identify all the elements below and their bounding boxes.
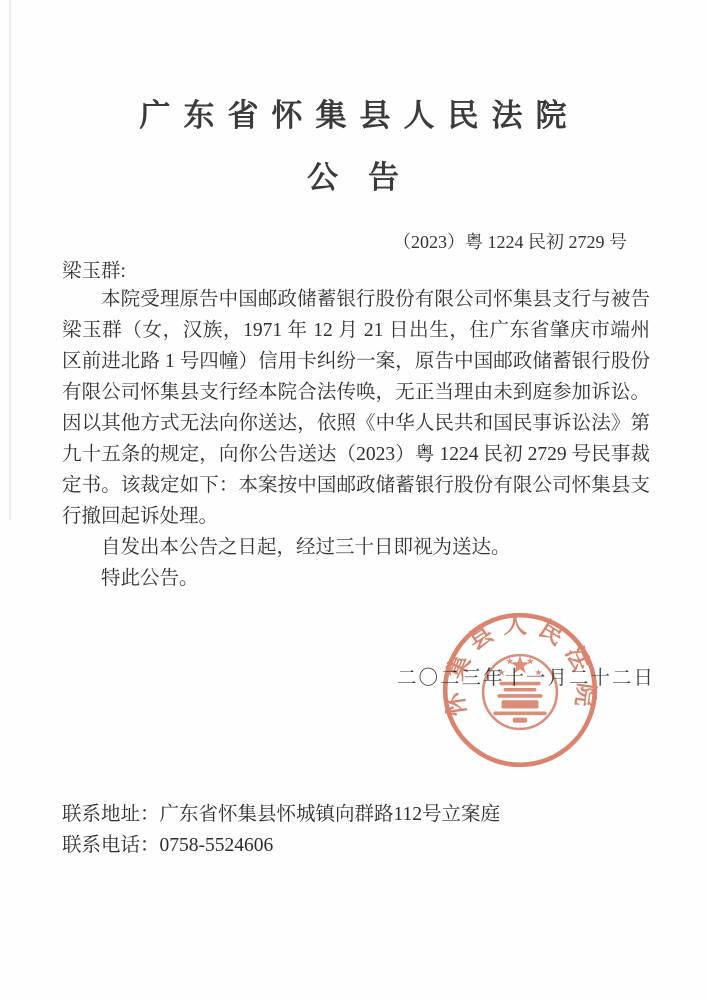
scanned-court-notice-page: 广东省怀集县人民法院 公告 （2023）粤 1224 民初 2729 号 梁玉群… xyxy=(0,0,706,1000)
contact-address-value: 广东省怀集县怀城镇向群路112号立案庭 xyxy=(160,804,501,825)
contact-phone-value: 0758-5524606 xyxy=(160,835,274,856)
contact-block: 联系地址：广东省怀集县怀城镇向群路112号立案庭 联系电话：0758-55246… xyxy=(62,799,500,861)
contact-phone-label: 联系电话： xyxy=(62,835,160,856)
contact-address-line: 联系地址：广东省怀集县怀城镇向群路112号立案庭 xyxy=(62,799,500,830)
national-emblem-icon xyxy=(483,655,557,729)
court-seal-svg: 怀集县人民法院 xyxy=(438,608,602,772)
notice-title: 公告 xyxy=(0,152,706,197)
court-name-title: 广东省怀集县人民法院 xyxy=(0,90,706,135)
contact-phone-line: 联系电话：0758-5524606 xyxy=(62,830,500,861)
body-paragraph: 特此公告。 xyxy=(62,563,650,594)
body-paragraph: 自发出本公告之日起，经过三十日即视为送达。 xyxy=(62,532,650,563)
notice-body: 本院受理原告中国邮政储蓄银行股份有限公司怀集县支行与被告梁玉群（女，汉族，197… xyxy=(62,284,650,594)
contact-address-label: 联系地址： xyxy=(62,804,160,825)
scan-artifact-line xyxy=(9,0,11,520)
case-number: （2023）粤 1224 民初 2729 号 xyxy=(393,228,627,254)
addressee-name: 梁玉群: xyxy=(62,255,126,283)
court-seal-stamp: 怀集县人民法院 xyxy=(438,608,602,772)
body-paragraph: 本院受理原告中国邮政储蓄银行股份有限公司怀集县支行与被告梁玉群（女，汉族，197… xyxy=(62,284,650,532)
